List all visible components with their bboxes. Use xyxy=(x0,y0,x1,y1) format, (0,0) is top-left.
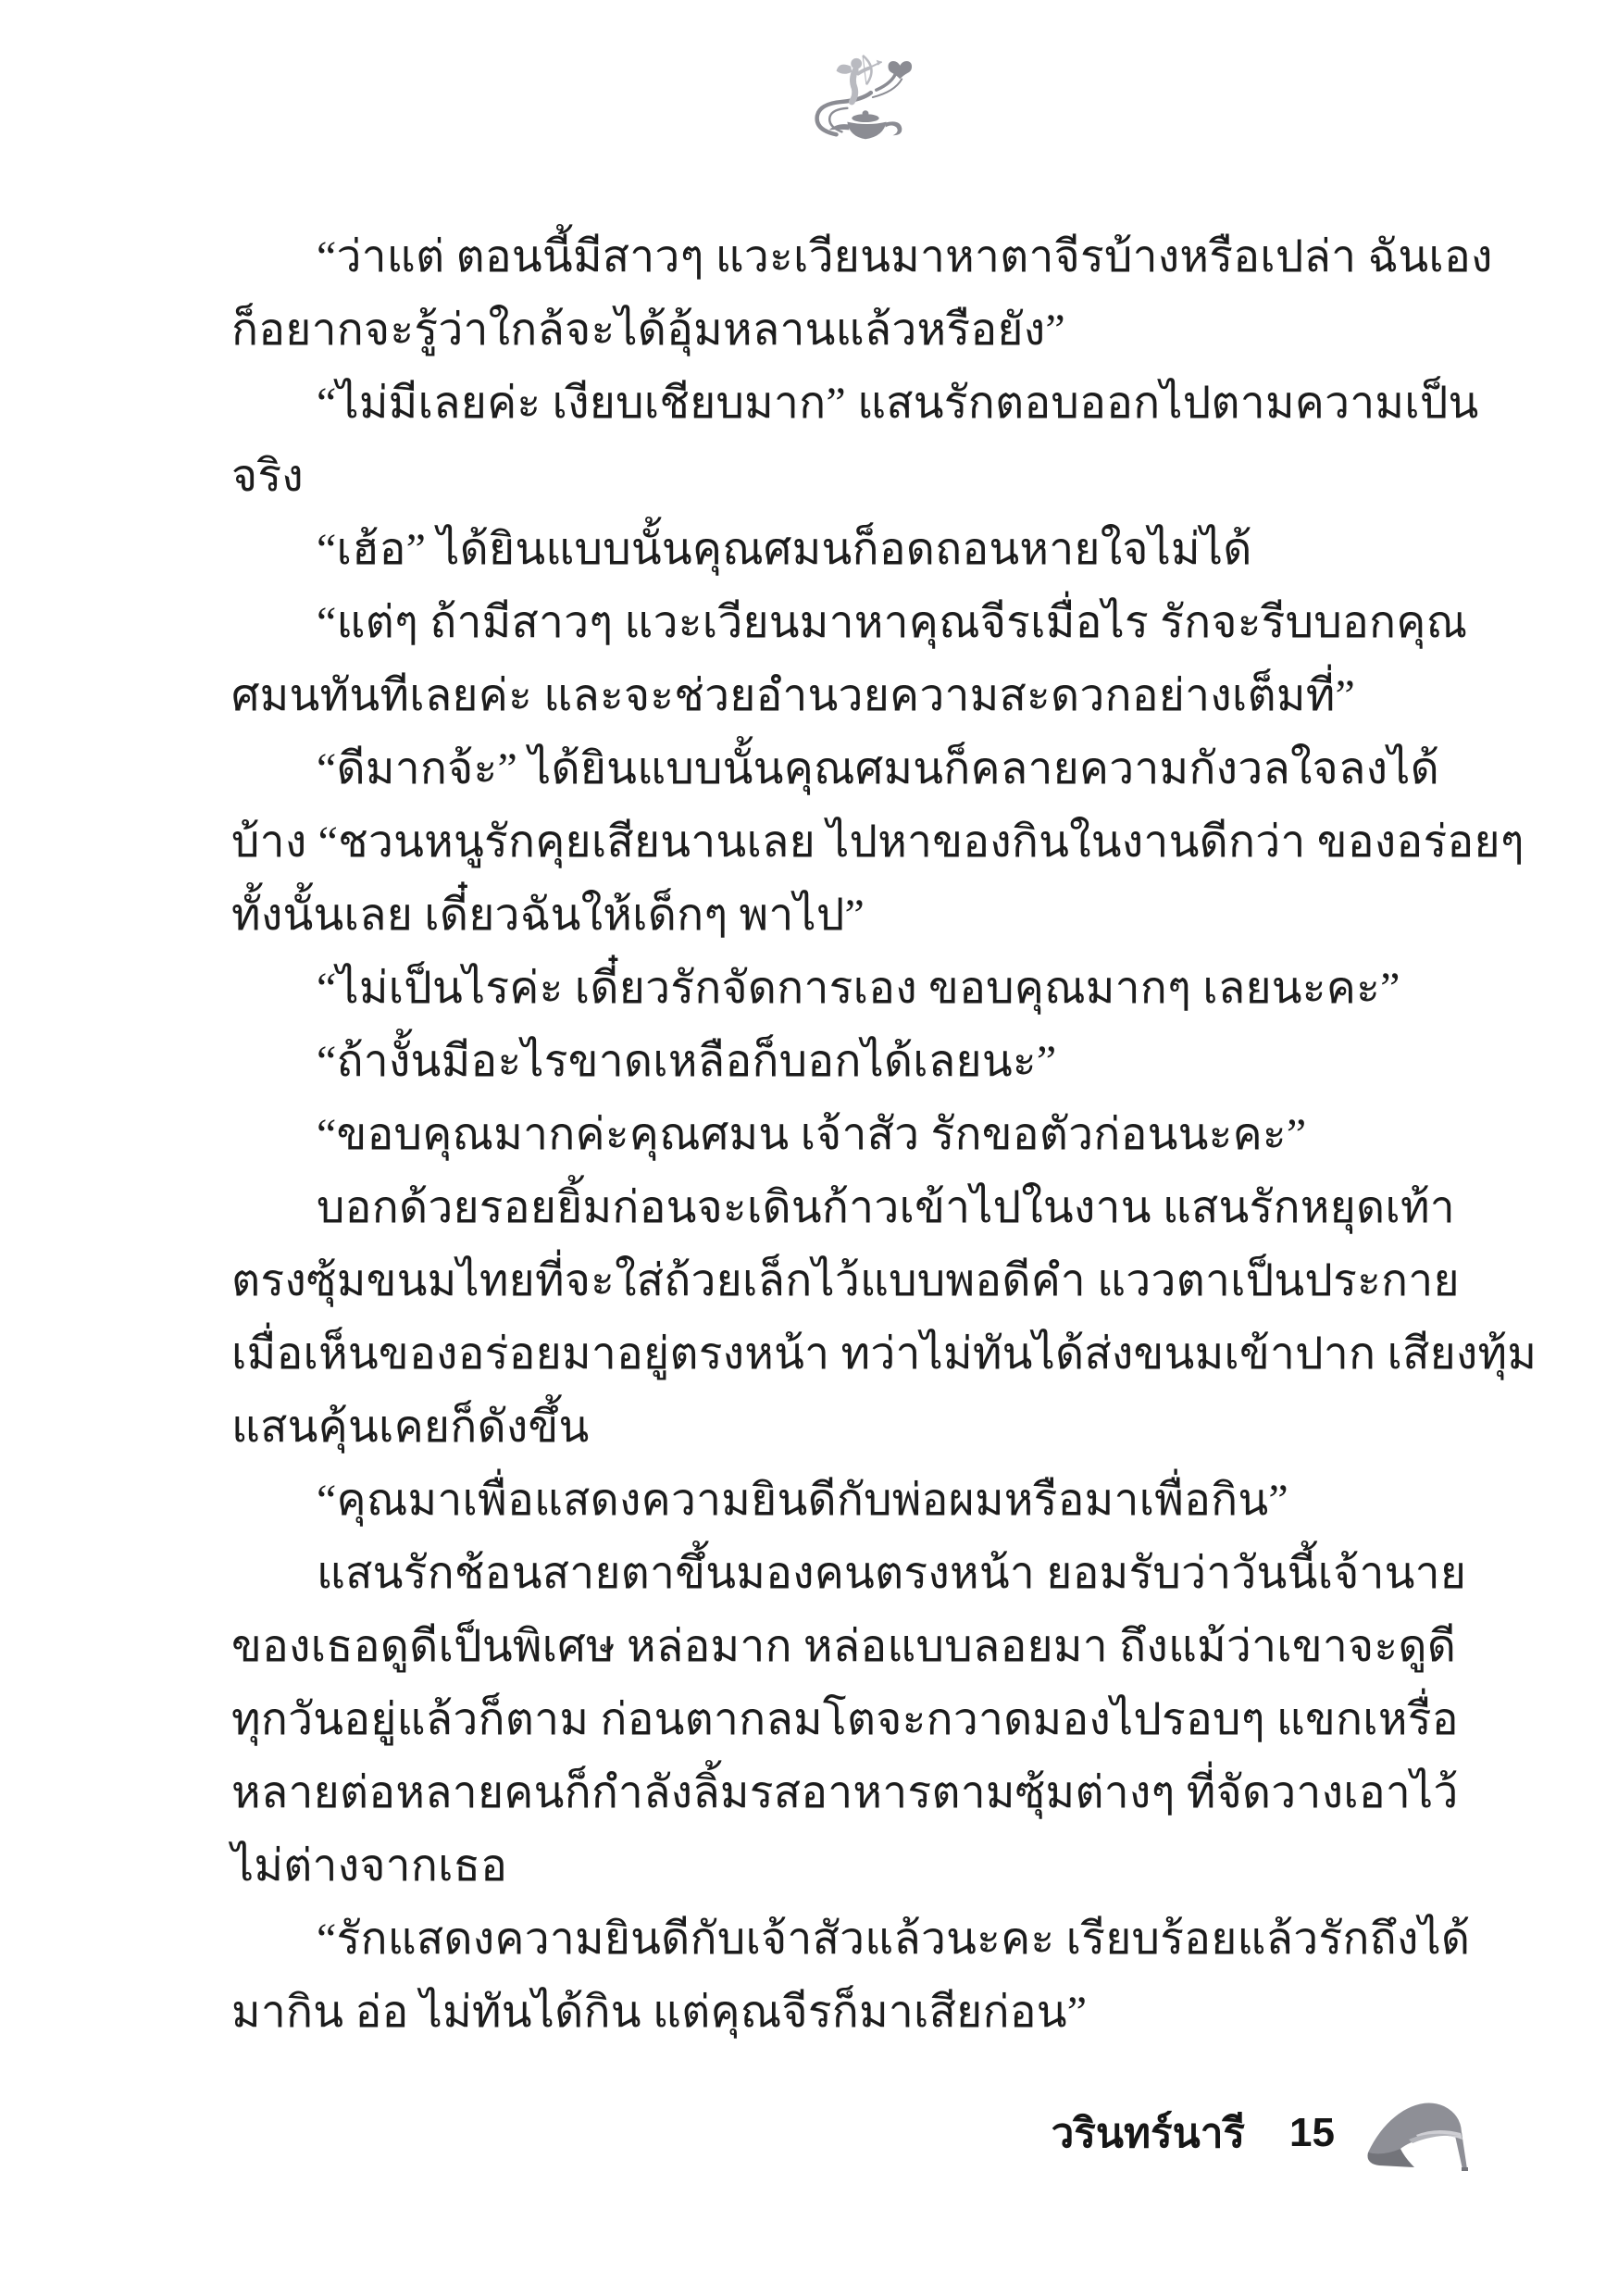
book-page: “ว่าแต่ ตอนนี้มีสาวๆ แวะเวียนมาหาตาจีรบ้… xyxy=(0,0,1618,2296)
text-line: จริง xyxy=(231,440,1474,513)
paragraph: แสนรักช้อนสายตาขึ้นมองคนตรงหน้า ยอมรับว่… xyxy=(231,1537,1474,1903)
book-title: วรินทร์นารี xyxy=(1052,2101,1245,2165)
text-line: ก็อยากจะรู้ว่าใกล้จะได้อุ้มหลานแล้วหรือย… xyxy=(231,293,1474,367)
text-line: “รักแสดงความยินดีกับเจ้าสัวแล้วนะคะ เรีย… xyxy=(231,1903,1474,1976)
paragraph: “ขอบคุณมากค่ะคุณศมน เจ้าสัว รักขอตัวก่อน… xyxy=(231,1098,1474,1171)
paragraph: “ถ้างั้นมีอะไรขาดเหลือก็บอกได้เลยนะ” xyxy=(231,1025,1474,1098)
text-line: บอกด้วยรอยยิ้มก่อนจะเดินก้าวเข้าไปในงาน … xyxy=(231,1171,1474,1244)
text-line: “ถ้างั้นมีอะไรขาดเหลือก็บอกได้เลยนะ” xyxy=(231,1025,1474,1098)
text-line: “ดีมากจ้ะ” ได้ยินแบบนั้นคุณศมนก็คลายความ… xyxy=(231,732,1474,805)
paragraph: “ว่าแต่ ตอนนี้มีสาวๆ แวะเวียนมาหาตาจีรบ้… xyxy=(231,220,1474,367)
text-line: “ไม่เป็นไรค่ะ เดี๋ยวรักจัดการเอง ขอบคุณม… xyxy=(231,952,1474,1025)
text-line: เมื่อเห็นของอร่อยมาอยู่ตรงหน้า ทว่าไม่ทั… xyxy=(231,1317,1474,1391)
paragraph: “ไม่มีเลยค่ะ เงียบเชียบมาก” แสนรักตอบออก… xyxy=(231,367,1474,513)
text-line: แสนคุ้นเคยก็ดังขึ้น xyxy=(231,1391,1474,1464)
text-line: ศมนทันทีเลยค่ะ และจะช่วยอำนวยความสะดวกอย… xyxy=(231,659,1474,732)
text-line: “ไม่มีเลยค่ะ เงียบเชียบมาก” แสนรักตอบออก… xyxy=(231,367,1474,440)
text-line: “เฮ้อ” ได้ยินแบบนั้นคุณศมนก็อดถอนหายใจไม… xyxy=(231,513,1474,586)
paragraph: “เฮ้อ” ได้ยินแบบนั้นคุณศมนก็อดถอนหายใจไม… xyxy=(231,513,1474,586)
text-line: “ว่าแต่ ตอนนี้มีสาวๆ แวะเวียนมาหาตาจีรบ้… xyxy=(231,220,1474,293)
text-line: ไม่ต่างจากเธอ xyxy=(231,1829,1474,1903)
paragraph: “รักแสดงความยินดีกับเจ้าสัวแล้วนะคะ เรีย… xyxy=(231,1903,1474,2049)
high-heel-icon xyxy=(1363,2091,1483,2175)
page-footer: วรินทร์นารี 15 xyxy=(1052,2089,1483,2177)
paragraph: “ไม่เป็นไรค่ะ เดี๋ยวรักจัดการเอง ขอบคุณม… xyxy=(231,952,1474,1025)
text-line: “คุณมาเพื่อแสดงความยินดีกับพ่อผมหรือมาเพ… xyxy=(231,1464,1474,1537)
text-line: แสนรักช้อนสายตาขึ้นมองคนตรงหน้า ยอมรับว่… xyxy=(231,1537,1474,1610)
text-line: หลายต่อหลายคนก็กำลังลิ้มรสอาหารตามซุ้มต่… xyxy=(231,1756,1474,1829)
text-line: “แต่ๆ ถ้ามีสาวๆ แวะเวียนมาหาคุณจีรเมื่อไ… xyxy=(231,586,1474,659)
cupid-genie-lamp-icon xyxy=(805,50,924,150)
text-line: “ขอบคุณมากค่ะคุณศมน เจ้าสัว รักขอตัวก่อน… xyxy=(231,1098,1474,1171)
text-line: ของเธอดูดีเป็นพิเศษ หล่อมาก หล่อแบบลอยมา… xyxy=(231,1610,1474,1683)
paragraph: “แต่ๆ ถ้ามีสาวๆ แวะเวียนมาหาคุณจีรเมื่อไ… xyxy=(231,586,1474,732)
text-line: มากิน อ่อ ไม่ทันได้กิน แต่คุณจีรก็มาเสีย… xyxy=(231,1976,1474,2049)
paragraph: “ดีมากจ้ะ” ได้ยินแบบนั้นคุณศมนก็คลายความ… xyxy=(231,732,1474,952)
paragraph: “คุณมาเพื่อแสดงความยินดีกับพ่อผมหรือมาเพ… xyxy=(231,1464,1474,1537)
text-line: ทั้งนั้นเลย เดี๋ยวฉันให้เด็กๆ พาไป” xyxy=(231,879,1474,952)
text-line: ทุกวันอยู่แล้วก็ตาม ก่อนตากลมโตจะกวาดมอง… xyxy=(231,1683,1474,1756)
text-line: บ้าง “ชวนหนูรักคุยเสียนานเลย ไปหาของกินใ… xyxy=(231,805,1474,879)
page-number: 15 xyxy=(1289,2110,1335,2156)
text-line: ตรงซุ้มขนมไทยที่จะใส่ถ้วยเล็กไว้แบบพอดีค… xyxy=(231,1244,1474,1317)
paragraph: บอกด้วยรอยยิ้มก่อนจะเดินก้าวเข้าไปในงาน … xyxy=(231,1171,1474,1464)
text-body: “ว่าแต่ ตอนนี้มีสาวๆ แวะเวียนมาหาตาจีรบ้… xyxy=(231,220,1474,2049)
